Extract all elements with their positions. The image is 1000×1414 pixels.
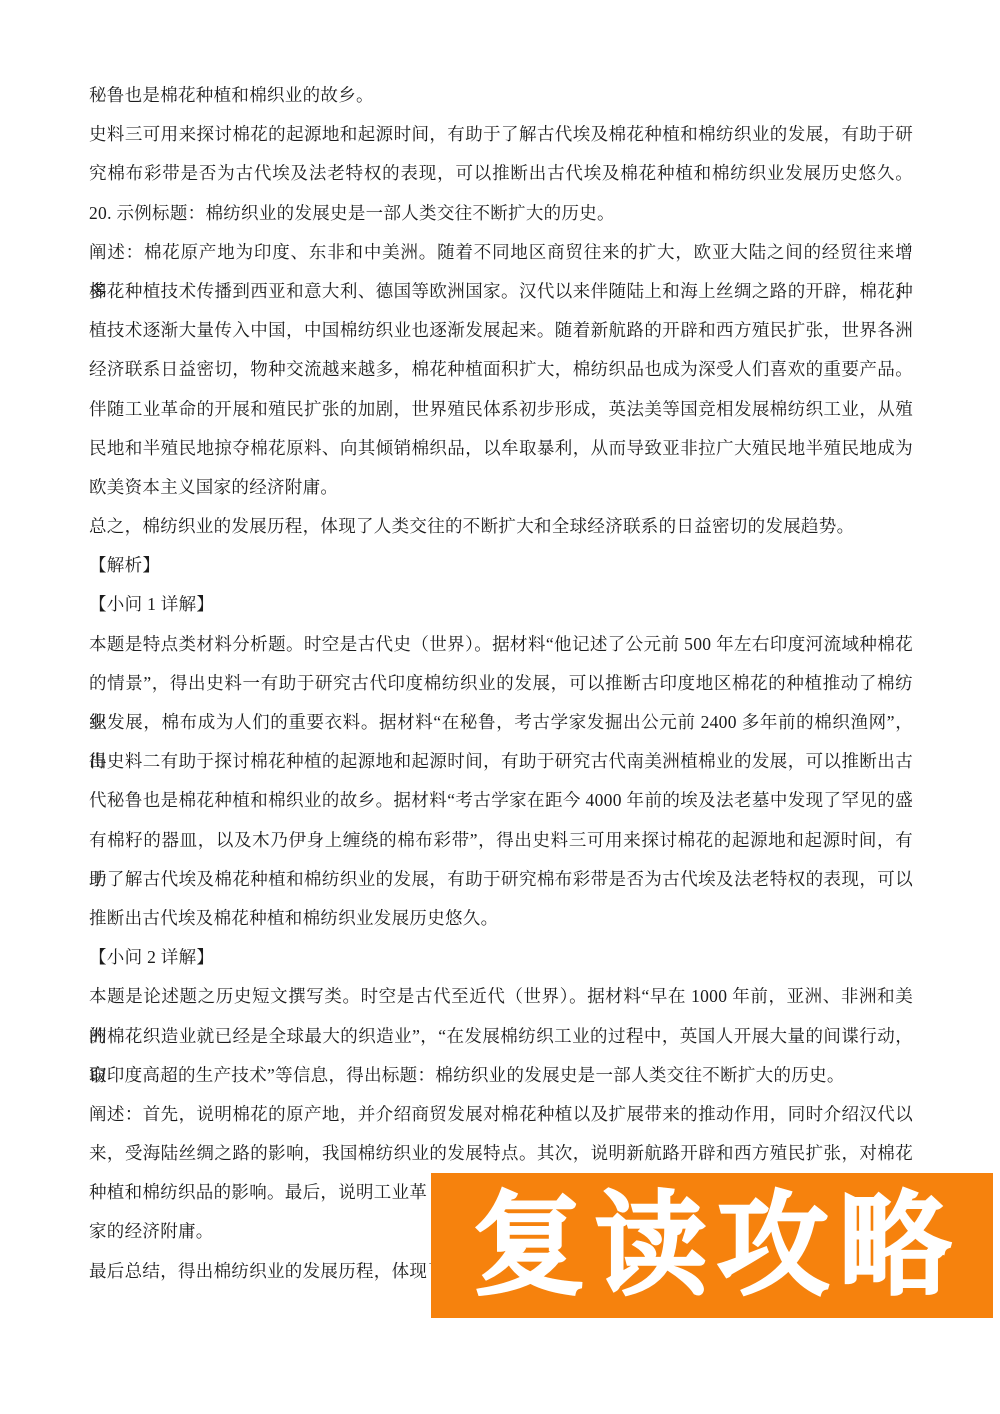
text-line: 植技术逐渐大量传入中国，中国棉纺织业也逐渐发展起来。随着新航路的开辟和西方殖民扩… (89, 311, 913, 350)
text-line: 棉花种植技术传播到西亚和意大利、德国等欧洲国家。汉代以来伴随陆上和海上丝绸之路的… (89, 272, 913, 311)
text-line: 推断出古代埃及棉花种植和棉纺织业发展历史悠久。 (89, 899, 913, 938)
text-line: 民地和半殖民地掠夺棉花原料、向其倾销棉织品，以牟取暴利，从而导致亚非拉广大殖民地… (89, 429, 913, 468)
subquestion-1-heading: 【小问 1 详解】 (89, 585, 913, 624)
text-line: 阐述：棉花原产地为印度、东非和中美洲。随着不同地区商贸往来的扩大，欧亚大陆之间的… (89, 233, 913, 272)
text-line: 代秘鲁也是棉花种植和棉织业的故乡。据材料“考古学家在距今 4000 年前的埃及法… (89, 781, 913, 820)
text-line: 出史料二有助于探讨棉花种植的起源地和起源时间，有助于研究古代南美洲植棉业的发展，… (89, 742, 913, 781)
text-line: 总之，棉纺织业的发展历程，体现了人类交往的不断扩大和全球经济联系的日益密切的发展… (89, 507, 913, 546)
question-20-title-line: 20. 示例标题：棉纺织业的发展史是一部人类交往不断扩大的历史。 (89, 194, 913, 233)
text-line: 来，受海陆丝绸之路的影响，我国棉纺织业的发展特点。其次，说明新航路开辟和西方殖民… (89, 1134, 913, 1173)
watermark-banner-label: 复读攻略 (473, 1190, 961, 1302)
text-line: 史料三可用来探讨棉花的起源地和起源时间，有助于了解古代埃及棉花种植和棉纺织业的发… (89, 115, 913, 154)
text-line: 经济联系日益密切，物种交流越来越多，棉花种植面积扩大，棉纺织品也成为深受人们喜欢… (89, 350, 913, 389)
subquestion-2-heading: 【小问 2 详解】 (89, 938, 913, 977)
text-line: 业发展，棉布成为人们的重要衣料。据材料“在秘鲁，考古学家发掘出公元前 2400 … (89, 703, 913, 742)
text-line: 的棉花织造业就已经是全球最大的织造业”，“在发展棉纺织工业的过程中，英国人开展大… (89, 1017, 913, 1056)
text-line: 本题是特点类材料分析题。时空是古代史（世界）。据材料“他记述了公元前 500 年… (89, 625, 913, 664)
text-line: 伴随工业革命的开展和殖民扩张的加剧，世界殖民体系初步形成，英法美等国竞相发展棉纺… (89, 390, 913, 429)
text-line: 于了解古代埃及棉花种植和棉纺织业的发展，有助于研究棉布彩带是否为古代埃及法老特权… (89, 860, 913, 899)
text-line: 本题是论述题之历史短文撰写类。时空是古代至近代（世界）。据材料“早在 1000 … (89, 977, 913, 1016)
text-line: 的情景”，得出史料一有助于研究古代印度棉纺织业的发展，可以推断古印度地区棉花的种… (89, 664, 913, 703)
text-line: 有棉籽的器皿，以及木乃伊身上缠绕的棉布彩带”，得出史料三可用来探讨棉花的起源地和… (89, 821, 913, 860)
document-body: 秘鲁也是棉花种植和棉织业的故乡。 史料三可用来探讨棉花的起源地和起源时间，有助于… (89, 76, 913, 1291)
text-line: 秘鲁也是棉花种植和棉织业的故乡。 (89, 76, 913, 115)
text-line: 究棉布彩带是否为古代埃及法老特权的表现，可以推断出古代埃及棉花种植和棉纺织业发展… (89, 154, 913, 193)
analysis-heading: 【解析】 (89, 546, 913, 585)
text-line: 阐述：首先，说明棉花的原产地，并介绍商贸发展对棉花种植以及扩展带来的推动作用，同… (89, 1095, 913, 1134)
watermark-banner: 复读攻略 (431, 1173, 993, 1318)
text-line: 取印度高超的生产技术”等信息，得出标题：棉纺织业的发展史是一部人类交往不断扩大的… (89, 1056, 913, 1095)
text-line: 欧美资本主义国家的经济附庸。 (89, 468, 913, 507)
